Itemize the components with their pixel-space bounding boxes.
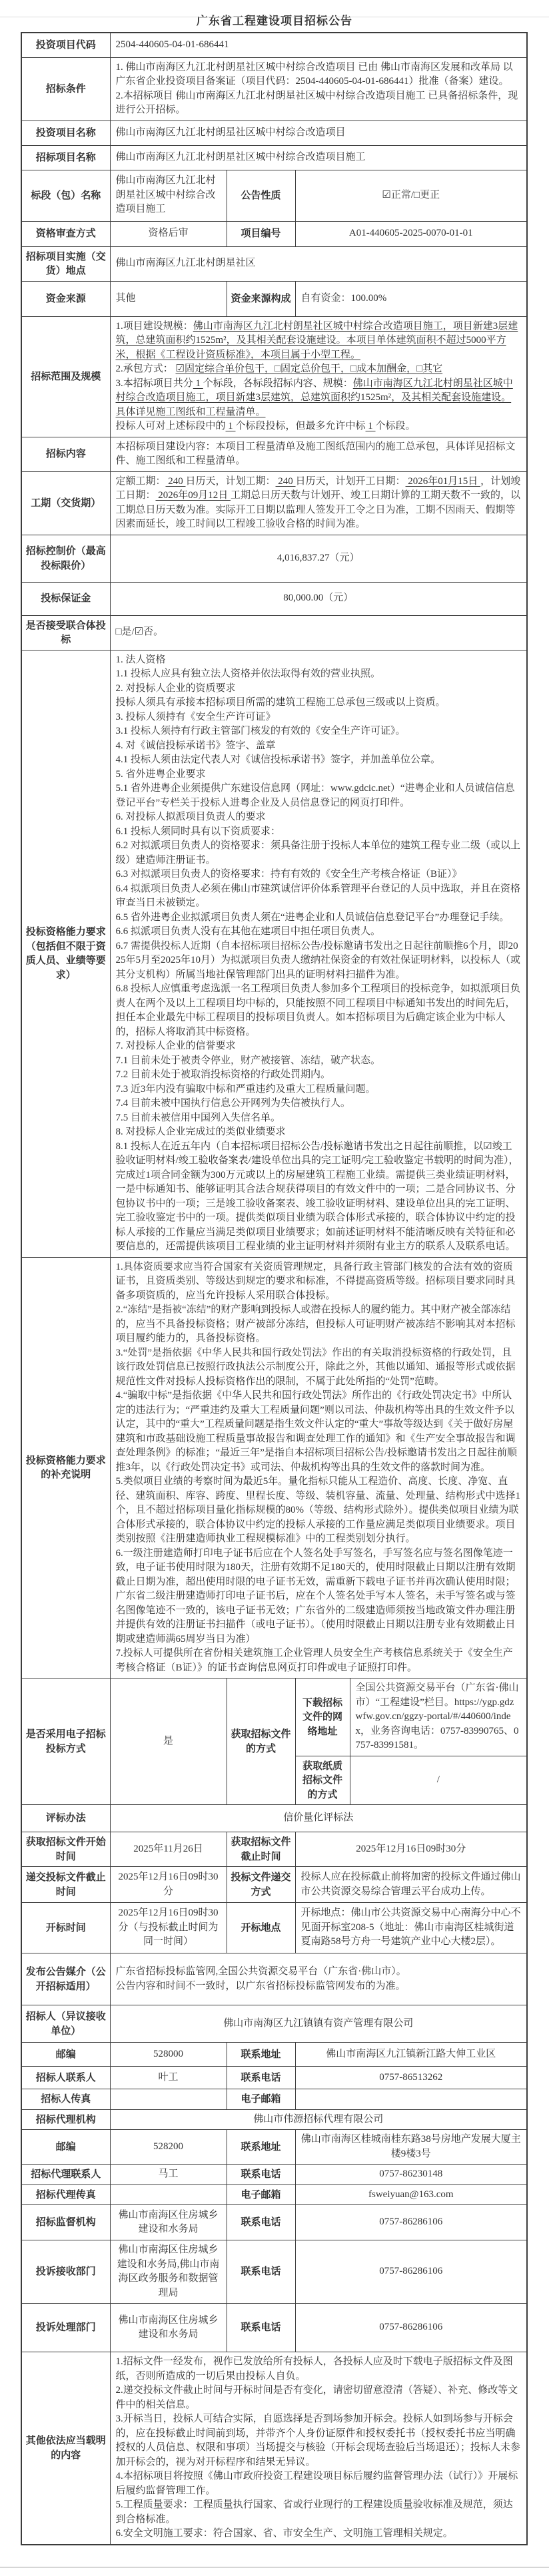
label-section-package-name: 标段（包）名称 <box>21 170 110 221</box>
paragraph: 投标文件递交方式 <box>231 1870 292 1899</box>
paragraph: 5.类似项目业绩的考察时间为最近5年。量化指标只能从工程造价、高度、长度、净宽、… <box>116 1475 522 1547</box>
table-row: 获取招标文件开始时间2025年11月26日获取招标文件截止时间2025年12月1… <box>21 1832 527 1867</box>
label-qualification-review-method: 资格审查方式 <box>21 221 110 246</box>
value-complaint-receiving-department: 佛山市南海区住房城乡建设和水务局,佛山市南海区政务服务和数据管理局 <box>110 2240 227 2304</box>
paragraph: 7.2 目前未处于被取消投标资格的行政处罚期内。 <box>116 1068 522 1083</box>
paragraph: 电子邮箱 <box>231 2092 292 2107</box>
paragraph: 1.招标文件一经发布，视作已发放给所有投标人，各投标人应及时下载电子版招标文件及… <box>116 2355 522 2384</box>
paragraph: 投诉接收部门 <box>25 2264 107 2279</box>
paragraph: 邮编 <box>25 2140 107 2155</box>
paragraph: 开标地点：佛山市公共资源交易中心南海分中心不见面开标室208-5（地址：佛山市南… <box>301 1906 522 1949</box>
label-tenderer: 招标人（异议接收单位） <box>21 2005 110 2043</box>
value-electronic-bidding: 是 <box>110 1678 227 1805</box>
paragraph: 招标人（异议接收单位） <box>25 2009 107 2038</box>
paragraph: 招标范围及规模 <box>25 370 107 384</box>
paragraph: 80,000.00（元） <box>116 591 522 606</box>
paragraph: 3.1 投标人须持有行政主管部门核发的有效的《安全生产许可证》。 <box>116 724 522 739</box>
value-qualification-supplementary-notes: 1.具体资质要求应当符合国家有关资质管理规定，具备行政主管部门核发的合法有效的资… <box>110 1257 527 1678</box>
paragraph: 是否采用电子招标投标方式 <box>25 1727 107 1756</box>
table-row: 招标范围及规模1.项目建设规模：佛山市南海区九江北村朗星社区城中村综合改造项目施… <box>21 316 527 437</box>
paragraph: 招标项目名称 <box>25 150 107 165</box>
paragraph: ☑正常/□更正 <box>301 188 522 203</box>
value-tenderer-email <box>295 2089 527 2110</box>
value-agency-phone: 0757-86230148 <box>295 2165 527 2185</box>
label-fund-source: 资金来源 <box>21 281 110 316</box>
paragraph: 4,016,837.27（元） <box>116 551 522 566</box>
label-bidder-qualification-requirements: 投标资格能力要求（包括但不限于资质人员、业绩等要求） <box>21 650 110 1257</box>
paragraph: 6. 对投标人拟派项目负责人的要求 <box>116 810 522 825</box>
paragraph: 投资项目名称 <box>25 126 107 140</box>
value-agency-email: fsweiyuan@163.com <box>295 2185 527 2205</box>
paragraph: 6.3 对拟派项目负责人的资格要求：持有有效的《安全生产考核合格证（B证）》 <box>116 868 522 882</box>
value-construction-period: 定额工期： 240 日历天，计划工期： 240 日历天，计划开工日期： 2026… <box>110 471 527 535</box>
paragraph: 1.项目建设规模：佛山市南海区九江北村朗星社区城中村综合改造项目施工，项目新建3… <box>116 320 522 363</box>
paragraph: 工期（交货期） <box>25 496 107 511</box>
label-supervision-phone: 联系电话 <box>227 2205 295 2240</box>
value-project-number: A01-440605-2025-0070-01-01 <box>295 221 527 246</box>
label-tender-conditions: 招标条件 <box>21 57 110 121</box>
paragraph: 开标时间 <box>25 1921 107 1935</box>
value-tender-agency: 佛山市伟源招标代理有限公司 <box>110 2109 527 2130</box>
table-row: 招标代理机构佛山市伟源招标代理有限公司 <box>21 2109 527 2130</box>
label-investment-project-name: 投资项目名称 <box>21 121 110 145</box>
table-row: 标段（包）名称佛山市南海区九江北村朗星社区城中村综合改造项目施工公告性质☑正常/… <box>21 170 527 221</box>
table-row: 邮编528200联系地址佛山市南海区桂城南桂东路38号房地产发展大厦主楼9楼3号 <box>21 2130 527 2165</box>
value-tender-project-name: 佛山市南海区九江北村朗星社区城中村综合改造项目施工 <box>110 145 527 170</box>
paragraph: 佛山市南海区九江北村朗星社区城中村综合改造项目施工 <box>116 150 522 165</box>
paragraph: fsweiyuan@163.com <box>301 2188 522 2202</box>
paragraph: 1. 佛山市南海区九江北村朗星社区城中村综合改造项目 已由 佛山市南海区发展和改… <box>116 61 522 89</box>
label-other-legal-content: 其他依法应当载明的内容 <box>21 2352 110 2545</box>
paragraph: 标段（包）名称 <box>25 188 107 203</box>
label-agency-contact: 招标代理联系人 <box>21 2165 110 2185</box>
value-other-legal-content: 1.招标文件一经发布，视作已发放给所有投标人，各投标人应及时下载电子版招标文件及… <box>110 2352 527 2545</box>
table-row: 评标办法信价量化评标法 <box>21 1805 527 1832</box>
paragraph: 招标人联系人 <box>25 2071 107 2085</box>
paragraph: A01-440605-2025-0070-01-01 <box>301 226 522 241</box>
label-tenderer-postcode: 邮编 <box>21 2043 110 2067</box>
paragraph: 4.“骗取中标”是指依据《中华人民共和国行政处罚法》所作出的《行政处罚决定书》中… <box>116 1389 522 1475</box>
paragraph: 6.7 需提供投标人近期（自本招标项目招标公告/投标邀请书发出之日起往前顺推6个… <box>116 939 522 983</box>
table-row: 其他依法应当载明的内容1.招标文件一经发布，视作已发放给所有投标人，各投标人应及… <box>21 2352 527 2545</box>
value-consortium-bidding: □是/☑否。 <box>110 615 527 650</box>
paragraph: 全国公共资源交易平台（广东省·佛山市）“工程建设”栏目。https://ygp.… <box>356 1681 522 1753</box>
paragraph: 投标资格能力要求的补充说明 <box>25 1453 107 1482</box>
paragraph: 6.8 投标人应慎重考虑选派一名工程项目负责人参加多个工程项目的投标竞争，如拟派… <box>116 982 522 1039</box>
paragraph: 资金来源 <box>25 292 107 306</box>
paragraph: 评标办法 <box>25 1811 107 1826</box>
paragraph: 投诉处理部门 <box>25 2320 107 2335</box>
label-download-address: 下载招标文件的网络地址 <box>295 1678 350 1756</box>
value-complaint-handling-department: 佛山市南海区住房城乡建设和水务局 <box>110 2304 227 2352</box>
value-tenderer-postcode: 528000 <box>110 2043 227 2067</box>
value-tenderer-contact: 叶工 <box>110 2067 227 2089</box>
table-row: 招标条件1. 佛山市南海区九江北村朗星社区城中村综合改造项目 已由 佛山市南海区… <box>21 57 527 121</box>
value-supervision-agency: 佛山市南海区住房城乡建设和水务局 <box>110 2205 227 2240</box>
paragraph: 3.“处罚”是指依据《中华人民共和国行政处罚法》作出的有关取消投标资格的行政处罚… <box>116 1346 522 1390</box>
table-row: 招标人传真电子邮箱 <box>21 2089 527 2110</box>
value-qualification-review-method: 资格后审 <box>110 221 227 246</box>
value-tenderer-phone: 0757-86513262 <box>295 2067 527 2089</box>
table-row: 投诉接收部门佛山市南海区住房城乡建设和水务局,佛山市南海区政务服务和数据管理局联… <box>21 2240 527 2304</box>
paragraph: / <box>356 1773 522 1788</box>
paragraph: 2.“冻结”是指被“冻结”的财产影响到投标人或潜在投标人的履约能力。其中财产被全… <box>116 1303 522 1346</box>
paragraph: 7.4 目前未被中国执行信息公开网列为失信被执行人。 <box>116 1097 522 1111</box>
paragraph: 项目编号 <box>231 226 292 241</box>
paragraph: 投标人应在投标截止前将加密的投标文件通过佛山市公共资源交易综合管理云平台成功上传… <box>301 1870 522 1899</box>
page-title: 广东省工程建设项目招标公告 <box>0 11 549 28</box>
paragraph: 8. 对投标人企业完成过的类似业绩要求 <box>116 1125 522 1140</box>
label-qualification-supplementary-notes: 投标资格能力要求的补充说明 <box>21 1257 110 1678</box>
value-implementation-location: 佛山市南海区九江北村朗星社区 <box>110 246 527 281</box>
table-row: 投诉处理部门佛山市南海区住房城乡建设和水务局联系电话0757-86286106 <box>21 2304 527 2352</box>
paragraph: 定额工期： 240 日历天，计划工期： 240 日历天，计划开工日期： 2026… <box>116 475 522 532</box>
table-row: 招标项目实施（交货）地点佛山市南海区九江北村朗星社区 <box>21 246 527 281</box>
paragraph: 获取纸质招标文件的方式 <box>299 1759 346 1802</box>
value-investment-project-code: 2504-440605-04-01-686441 <box>110 33 527 57</box>
paragraph: 0757-86230148 <box>301 2167 522 2182</box>
table-row: 招标人联系人叶工联系电话0757-86513262 <box>21 2067 527 2089</box>
paragraph: 开标地点 <box>231 1921 292 1935</box>
value-tender-conditions: 1. 佛山市南海区九江北村朗星社区城中村综合改造项目 已由 佛山市南海区发展和改… <box>110 57 527 121</box>
label-supervision-agency: 招标监督机构 <box>21 2205 110 2240</box>
label-complaint-handling-phone: 联系电话 <box>227 2304 295 2352</box>
paragraph: 2.递交投标文件截止时间与开标时间是否有变化，请密切留意澄清（答疑）、补充、修改… <box>116 2384 522 2412</box>
paragraph: □是/☑否。 <box>116 625 522 640</box>
page: { "page": { "title": "广东省工程建设项目招标公告" }, … <box>0 11 549 2576</box>
paragraph: 6.4 拟派项目负责人必须在佛山市建筑诚信评价体系管理平台登记的人员中选取，并且… <box>116 882 522 911</box>
paragraph: 招标代理传真 <box>25 2188 107 2202</box>
label-bid-submission-deadline: 递交投标文件截止时间 <box>21 1867 110 1903</box>
paragraph: 联系地址 <box>231 2140 292 2155</box>
label-agency-email: 电子邮箱 <box>227 2185 295 2205</box>
paragraph: 4.1 投标人须由法定代表人对《诚信投标承诺书》签字，并加盖单位公章。 <box>116 753 522 768</box>
paragraph: 6.5 省外进粤企业拟派项目负责人须在“进粤企业和人员诚信信息登记平台”办理登记… <box>116 911 522 925</box>
paragraph: 获取招标文件开始时间 <box>25 1835 107 1864</box>
table-row: 是否采用电子招标投标方式是获取招标文件的方式下载招标文件的网络地址全国公共资源交… <box>21 1678 527 1756</box>
paragraph: 2504-440605-04-01-686441 <box>116 38 522 53</box>
label-complaint-handling-department: 投诉处理部门 <box>21 2304 110 2352</box>
paragraph: 邮编 <box>25 2047 107 2062</box>
table-row: 投标保证金80,000.00（元） <box>21 582 527 615</box>
table-row: 邮编528000联系地址佛山市南海区九江镇新江路大伸工业区 <box>21 2043 527 2067</box>
table-row: 开标时间2025年12月16日09时30分（与投标截止时间为同一时间）开标地点开… <box>21 1903 527 1953</box>
table-row: 招标项目名称佛山市南海区九江北村朗星社区城中村综合改造项目施工 <box>21 145 527 170</box>
paragraph: 0757-86286106 <box>301 2215 522 2230</box>
table-row: 招标控制价（最高投标限价）4,016,837.27（元） <box>21 535 527 582</box>
label-electronic-bidding: 是否采用电子招标投标方式 <box>21 1678 110 1805</box>
paragraph: 招标代理机构 <box>25 2113 107 2127</box>
label-tenderer-contact: 招标人联系人 <box>21 2067 110 2089</box>
label-agency-address: 联系地址 <box>227 2130 295 2165</box>
value-supervision-phone: 0757-86286106 <box>295 2205 527 2240</box>
label-complaint-receiving-phone: 联系电话 <box>227 2240 295 2304</box>
label-bid-opening-time: 开标时间 <box>21 1903 110 1953</box>
top-divider <box>0 17 549 17</box>
paragraph: 6.6 拟派项目负责人没有在其他在建项目中担任项目负责人。 <box>116 925 522 939</box>
label-implementation-location: 招标项目实施（交货）地点 <box>21 246 110 281</box>
paragraph: 佛山市南海区桂城南桂东路38号房地产发展大厦主楼9楼3号 <box>301 2133 522 2161</box>
table-row: 招标代理联系人马工联系电话0757-86230148 <box>21 2165 527 2185</box>
paragraph: 资金来源构成 <box>231 292 292 306</box>
value-bid-opening-location: 开标地点：佛山市公共资源交易中心南海分中心不见面开标室208-5（地址：佛山市南… <box>295 1903 527 1953</box>
value-complaint-handling-phone: 0757-86286106 <box>295 2304 527 2352</box>
paragraph: 招标控制价（最高投标限价） <box>25 544 107 573</box>
label-tender-agency: 招标代理机构 <box>21 2109 110 2130</box>
paragraph: 2.本招标项目 佛山市南海区九江北村朗星社区城中村综合改造项目施工 已具备招标条… <box>116 89 522 118</box>
paragraph: 联系电话 <box>231 2215 292 2230</box>
value-investment-project-name: 佛山市南海区九江北村朗星社区城中村综合改造项目 <box>110 121 527 145</box>
paragraph: 招标内容 <box>25 447 107 461</box>
table-row: 工期（交货期）定额工期： 240 日历天，计划工期： 240 日历天，计划开工日… <box>21 471 527 535</box>
table-row: 投资项目名称佛山市南海区九江北村朗星社区城中村综合改造项目 <box>21 121 527 145</box>
paragraph: 2025年12月16日09时30分 <box>301 1842 522 1857</box>
paragraph: 3. 投标人须持有《安全生产许可证》 <box>116 710 522 725</box>
value-agency-fax <box>110 2185 227 2205</box>
paragraph: 0757-86286106 <box>301 2264 522 2279</box>
paragraph: 0757-86286106 <box>301 2320 522 2335</box>
label-bid-submission-method: 投标文件递交方式 <box>227 1867 295 1903</box>
paragraph: 投标人可对上述标段中的 1 个标段投标，但最多允许中标 1 个标段。 <box>116 419 522 434</box>
label-bid-bond: 投标保证金 <box>21 582 110 615</box>
label-tender-content: 招标内容 <box>21 437 110 471</box>
table-row: 资格审查方式资格后审项目编号A01-440605-2025-0070-01-01 <box>21 221 527 246</box>
label-evaluation-method: 评标办法 <box>21 1805 110 1832</box>
label-tender-control-price: 招标控制价（最高投标限价） <box>21 535 110 582</box>
paragraph: 佛山市南海区住房城乡建设和水务局 <box>116 2208 221 2237</box>
label-consortium-bidding: 是否接受联合体投标 <box>21 615 110 650</box>
paragraph: 2025年12月16日09时30分（与投标截止时间为同一时间） <box>116 1906 221 1949</box>
paragraph: 3.开标当日，投标人可结合实际，自愿选择是否到场参加开标会。投标人如到场参与开标… <box>116 2412 522 2469</box>
value-tenderer: 佛山市南海区九江镇镇有资产管理有限公司 <box>110 2005 527 2043</box>
value-bid-opening-time: 2025年12月16日09时30分（与投标截止时间为同一时间） <box>110 1903 227 1953</box>
label-agency-fax: 招标代理传真 <box>21 2185 110 2205</box>
value-download-address: 全国公共资源交易平台（广东省·佛山市）“工程建设”栏目。https://ygp.… <box>350 1678 527 1756</box>
paragraph: 公告性质 <box>231 188 292 203</box>
paragraph: 佛山市南海区九江北村朗星社区 <box>116 256 522 271</box>
paragraph: 4. 对《诚信投标承诺书》签字、盖章 <box>116 739 522 754</box>
label-tender-project-name: 招标项目名称 <box>21 145 110 170</box>
paragraph: 获取招标文件截止时间 <box>231 1835 292 1864</box>
paragraph: 自有资金：100.00% <box>301 292 522 306</box>
paragraph: 获取招标文件的方式 <box>231 1727 292 1756</box>
value-agency-postcode: 528200 <box>110 2130 227 2165</box>
label-document-acquisition-start: 获取招标文件开始时间 <box>21 1832 110 1867</box>
paragraph: 电子邮箱 <box>231 2188 292 2202</box>
paragraph: 联系电话 <box>231 2167 292 2182</box>
paragraph: 联系电话 <box>231 2320 292 2335</box>
paragraph: 本招标项目建设内容：本项目工程量清单及施工图纸范围内的施工总承包，具体详见招标文… <box>116 440 522 469</box>
paragraph: 资格后审 <box>116 226 221 241</box>
paragraph: 8.1 投标人在近五年内（自本招标项目招标公告/投标邀请书发出之日起往前顺推，以… <box>116 1140 522 1254</box>
value-document-acquisition-deadline: 2025年12月16日09时30分 <box>295 1832 527 1867</box>
paragraph: 叶工 <box>116 2071 221 2085</box>
label-fund-source-composition: 资金来源构成 <box>227 281 295 316</box>
paragraph: 其他 <box>116 292 221 306</box>
label-tenderer-phone: 联系电话 <box>227 2067 295 2089</box>
paragraph: 7.投标人可提供所在省份相关建筑施工企业管理人员安全生产考核信息系统关于《安全生… <box>116 1647 522 1675</box>
value-agency-address: 佛山市南海区桂城南桂东路38号房地产发展大厦主楼9楼3号 <box>295 2130 527 2165</box>
paragraph: 投标人须具有承接本招标项目所需的建筑工程施工总承包三级或以上资质。 <box>116 696 522 710</box>
paragraph: 广东省招标投标监管网,全国公共资源交易平台（广东省·佛山市）。 <box>116 1965 522 1979</box>
paragraph: 投资项目代码 <box>25 38 107 53</box>
paragraph: 5.1 省外进粤企业须提供广东建设信息网（网址：www.gdcic.net）“进… <box>116 782 522 810</box>
announcement-table: 投资项目代码2504-440605-04-01-686441招标条件1. 佛山市… <box>21 32 528 2545</box>
label-investment-project-code: 投资项目代码 <box>21 33 110 57</box>
paragraph: 2025年12月16日09时30分 <box>116 1870 221 1899</box>
paragraph: 1.具体资质要求应当符合国家有关资质管理规定，具备行政主管部门核发的合法有效的资… <box>116 1260 522 1304</box>
label-agency-phone: 联系电话 <box>227 2165 295 2185</box>
value-tenderer-address: 佛山市南海区九江镇新江路大伸工业区 <box>295 2043 527 2067</box>
paragraph: 信价量化评标法 <box>116 1811 522 1826</box>
paragraph: 资格审查方式 <box>25 226 107 241</box>
value-tender-control-price: 4,016,837.27（元） <box>110 535 527 582</box>
label-bid-opening-location: 开标地点 <box>227 1903 295 1953</box>
paragraph: 1.1 投标人应具有独立法人资格并依法取得有效的营业执照。 <box>116 667 522 682</box>
paragraph: 递交投标文件截止时间 <box>25 1870 107 1899</box>
value-bid-submission-method: 投标人应在投标截止前将加密的投标文件通过佛山市公共资源交易综合管理云平台成功上传… <box>295 1867 527 1903</box>
label-construction-period: 工期（交货期） <box>21 471 110 535</box>
table-row: 招标代理传真电子邮箱fsweiyuan@163.com <box>21 2185 527 2205</box>
paragraph: 2.承包方式： ☑固定综合单价包干，□固定总价包干，□成本加酬金，□其它 <box>116 362 522 377</box>
paragraph: 是否接受联合体投标 <box>25 619 107 647</box>
value-tenderer-fax <box>110 2089 227 2110</box>
paragraph: 5.工程质量要求：工程质量执行国家、省或行业现行的工程建设质量验收标准及规范，须… <box>116 2498 522 2527</box>
paragraph: 马工 <box>116 2167 221 2182</box>
label-tenderer-fax: 招标人传真 <box>21 2089 110 2110</box>
paragraph: 7.3 近3年内没有骗取中标和严重违约及重大工程质量问题。 <box>116 1083 522 1097</box>
value-bid-bond: 80,000.00（元） <box>110 582 527 615</box>
paragraph: 联系电话 <box>231 2264 292 2279</box>
paragraph: 3.本招标项目共分 1 个标段，各标段招标内容、规模：佛山市南海区九江北村朗星社… <box>116 377 522 420</box>
value-bid-submission-deadline: 2025年12月16日09时30分 <box>110 1867 227 1903</box>
label-announcement-nature: 公告性质 <box>227 170 295 221</box>
label-announcement-media: 发布公告媒介（公开招标适用） <box>21 1953 110 2005</box>
paragraph: 佛山市南海区住房城乡建设和水务局,佛山市南海区政务服务和数据管理局 <box>116 2243 221 2300</box>
paragraph: 528200 <box>116 2140 221 2155</box>
table-row: 招标监督机构佛山市南海区住房城乡建设和水务局联系电话0757-86286106 <box>21 2205 527 2240</box>
paragraph: 佛山市南海区九江镇镇有资产管理有限公司 <box>116 2017 522 2031</box>
paragraph: 6.1 投标人须同时具有以下资质要求： <box>116 825 522 840</box>
paragraph: 公告内容和时间不一致时，以广东省招标投标监管网发布的为准。 <box>116 1979 522 1994</box>
paragraph: 招标条件 <box>25 82 107 97</box>
value-evaluation-method: 信价量化评标法 <box>110 1805 527 1832</box>
paragraph: 联系地址 <box>231 2047 292 2062</box>
table-row: 招标内容本招标项目建设内容：本项目工程量清单及施工图纸范围内的施工总承包，具体详… <box>21 437 527 471</box>
paragraph: 1. 法人资格 <box>116 653 522 668</box>
table-row: 投标资格能力要求的补充说明1.具体资质要求应当符合国家有关资质管理规定，具备行政… <box>21 1257 527 1678</box>
table-row: 发布公告媒介（公开招标适用）广东省招标投标监管网,全国公共资源交易平台（广东省·… <box>21 1953 527 2005</box>
table-row: 递交投标文件截止时间2025年12月16日09时30分投标文件递交方式投标人应在… <box>21 1867 527 1903</box>
paragraph: 联系电话 <box>231 2071 292 2085</box>
label-paper-document-method: 获取纸质招标文件的方式 <box>295 1756 350 1805</box>
paragraph: 2. 对投标人企业的资质要求 <box>116 682 522 696</box>
value-fund-source-composition: 自有资金：100.00% <box>295 281 527 316</box>
paragraph: 7. 对投标人企业的信誉要求 <box>116 1039 522 1054</box>
label-tender-scope-scale: 招标范围及规模 <box>21 316 110 437</box>
paragraph: 7.5 目前未被信用中国列入失信名单。 <box>116 1111 522 1126</box>
value-announcement-nature: ☑正常/□更正 <box>295 170 527 221</box>
table-row: 资金来源其他资金来源构成自有资金：100.00% <box>21 281 527 316</box>
value-tender-content: 本招标项目建设内容：本项目工程量清单及施工图纸范围内的施工总承包，具体详见招标文… <box>110 437 527 471</box>
paragraph: 5. 省外进粤企业要求 <box>116 768 522 782</box>
bottom-divider <box>0 2567 549 2568</box>
paragraph: 其他依法应当载明的内容 <box>25 2434 107 2462</box>
label-project-number: 项目编号 <box>227 221 295 246</box>
paragraph: 528000 <box>116 2047 221 2062</box>
paragraph: 投标保证金 <box>25 591 107 606</box>
paragraph: 招标监督机构 <box>25 2215 107 2230</box>
label-document-acquisition-deadline: 获取招标文件截止时间 <box>227 1832 295 1867</box>
value-section-package-name: 佛山市南海区九江北村朗星社区城中村综合改造项目施工 <box>110 170 227 221</box>
paragraph: 2025年11月26日 <box>116 1842 221 1857</box>
value-paper-document-method: / <box>350 1756 527 1805</box>
paragraph: 4.本招标项目将按照《佛山市政府投资工程建设项目标后履约监督管理办法（试行）》开… <box>116 2469 522 2498</box>
paragraph: 6.2 对拟派项目负责人的资格要求：须具备注册于投标人本单位的建筑工程专业二级（… <box>116 839 522 868</box>
paragraph: 招标人传真 <box>25 2092 107 2107</box>
paragraph: 是 <box>116 1734 221 1749</box>
value-bidder-qualification-requirements: 1. 法人资格1.1 投标人应具有独立法人资格并依法取得有效的营业执照。2. 对… <box>110 650 527 1257</box>
table-row: 招标人（异议接收单位）佛山市南海区九江镇镇有资产管理有限公司 <box>21 2005 527 2043</box>
table-row: 投标资格能力要求（包括但不限于资质人员、业绩等要求）1. 法人资格1.1 投标人… <box>21 650 527 1257</box>
paragraph: 佛山市南海区九江北村朗星社区城中村综合改造项目 <box>116 126 522 140</box>
paragraph: 发布公告媒介（公开招标适用） <box>25 1965 107 1993</box>
label-tenderer-address: 联系地址 <box>227 2043 295 2067</box>
table-row: 是否接受联合体投标□是/☑否。 <box>21 615 527 650</box>
paragraph: 6.一级注册建造师打印电子证书后应在个人签名处手写签名，手写签名应与签名图像笔迹… <box>116 1547 522 1647</box>
value-announcement-media: 广东省招标投标监管网,全国公共资源交易平台（广东省·佛山市）。公告内容和时间不一… <box>110 1953 527 2005</box>
paragraph: 佛山市南海区九江镇新江路大伸工业区 <box>301 2047 522 2062</box>
paragraph: 招标项目实施（交货）地点 <box>25 250 107 278</box>
label-complaint-receiving-department: 投诉接收部门 <box>21 2240 110 2304</box>
value-document-acquisition-start: 2025年11月26日 <box>110 1832 227 1867</box>
table-row: 投资项目代码2504-440605-04-01-686441 <box>21 33 527 57</box>
value-agency-contact: 马工 <box>110 2165 227 2185</box>
value-tender-scope-scale: 1.项目建设规模：佛山市南海区九江北村朗星社区城中村综合改造项目施工，项目新建3… <box>110 316 527 437</box>
paragraph: 0757-86513262 <box>301 2071 522 2085</box>
label-tenderer-email: 电子邮箱 <box>227 2089 295 2110</box>
paragraph: 下载招标文件的网络地址 <box>299 1696 346 1739</box>
paragraph: 佛山市南海区住房城乡建设和水务局 <box>116 2314 221 2342</box>
paragraph: 6.安全文明施工要求：符合国家、省、市安全生产、文明施工管理相关规定。 <box>116 2527 522 2541</box>
paragraph: 投标资格能力要求（包括但不限于资质人员、业绩等要求） <box>25 925 107 982</box>
paragraph: 招标代理联系人 <box>25 2167 107 2182</box>
label-agency-postcode: 邮编 <box>21 2130 110 2165</box>
paragraph: 佛山市南海区九江北村朗星社区城中村综合改造项目施工 <box>116 174 221 217</box>
value-complaint-receiving-phone: 0757-86286106 <box>295 2240 527 2304</box>
value-fund-source: 其他 <box>110 281 227 316</box>
label-document-acquisition-method: 获取招标文件的方式 <box>227 1678 295 1805</box>
paragraph: 佛山市伟源招标代理有限公司 <box>116 2113 522 2127</box>
paragraph: 7.1 目前未处于被责令停业，财产被接管、冻结，破产状态。 <box>116 1054 522 1069</box>
